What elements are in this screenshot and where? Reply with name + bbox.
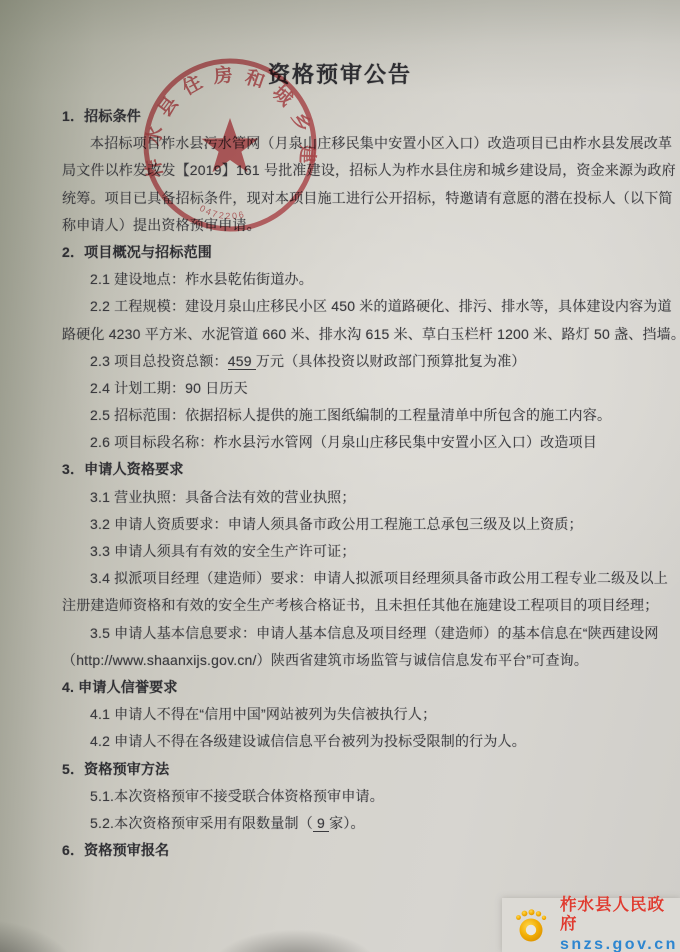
text-line: （http://www.shaanxijs.gov.cn/）陕西省建筑市场监管与… (62, 647, 620, 674)
section-heading: 4. 申请人信誉要求 (62, 674, 620, 701)
text-line: 3.5 申请人基本信息要求：申请人基本信息及项目经理（建造师）的基本信息在“陕西… (62, 620, 620, 647)
section-heading: 5．资格预审方法 (62, 756, 620, 783)
section-heading: 2．项目概况与招标范围 (62, 239, 620, 266)
footprint-icon (510, 904, 552, 946)
seal-serial-text: 0472206 (198, 203, 247, 221)
section-heading: 6．资格预审报名 (62, 837, 620, 864)
government-name: 柞水县人民政府 (560, 896, 680, 936)
text-line: 4.1 申请人不得在“信用中国”网站被列为失信被执行人； (62, 701, 620, 728)
svg-text:0472206: 0472206 (198, 203, 247, 221)
text-line: 2.6 项目标段名称：柞水县污水管网（月泉山庄移民集中安置小区入口）改造项目 (62, 429, 620, 456)
text-line: 3.3 申请人须具有有效的安全生产许可证； (62, 538, 620, 565)
official-seal-stamp: 柞水县住房和城乡建设局 0472206 (137, 52, 323, 238)
government-website: snzs.gov.cn (560, 935, 680, 952)
section-heading: 3．申请人资格要求 (62, 456, 620, 483)
seal-star-icon (202, 118, 259, 172)
text-line: 2.3 项目总投资总额：459 万元（具体投资以财政部门预算批复为准） (62, 348, 620, 375)
text-line: 4.2 申请人不得在各级建设诚信信息平台被列为投标受限制的行为人。 (62, 728, 620, 755)
text-line: 2.5 招标范围：依据招标人提供的施工图纸编制的工程量清单中所包含的施工内容。 (62, 402, 620, 429)
text-line: 2.4 计划工期：90 日历天 (62, 375, 620, 402)
text-line: 5.1.本次资格预审不接受联合体资格预审申请。 (62, 783, 620, 810)
text-line: 3.1 营业执照：具备合法有效的营业执照； (62, 484, 620, 511)
text-line: 注册建造师资格和有效的安全生产考核合格证书，且未担任其他在施建设工程项目的项目经… (62, 592, 620, 619)
text-line: 3.4 拟派项目经理（建造师）要求：申请人拟派项目经理须具备市政公用工程专业二级… (62, 565, 620, 592)
text-line: 3.2 申请人资质要求：申请人须具备市政公用工程施工总承包三级及以上资质； (62, 511, 620, 538)
government-logo-badge: 柞水县人民政府 snzs.gov.cn (502, 898, 680, 952)
page-title: 资格预审公告 (0, 58, 680, 89)
text-line: 2.2 工程规模：建设月泉山庄移民小区 450 米的道路硬化、排污、排水等，具体… (62, 293, 620, 320)
text-line: 路硬化 4230 平方米、水泥管道 660 米、排水沟 615 米、草白玉栏杆 … (62, 321, 620, 348)
underlined-value: 9 (313, 815, 329, 832)
text-line: 5.2.本次资格预审采用有限数量制（ 9 家）。 (62, 810, 620, 837)
document-page: 资格预审公告 1．招标条件本招标项目柞水县污水管网（月泉山庄移民集中安置小区入口… (0, 0, 680, 952)
text-line: 2.1 建设地点：柞水县乾佑街道办。 (62, 266, 620, 293)
underlined-value: 459 (228, 353, 256, 370)
